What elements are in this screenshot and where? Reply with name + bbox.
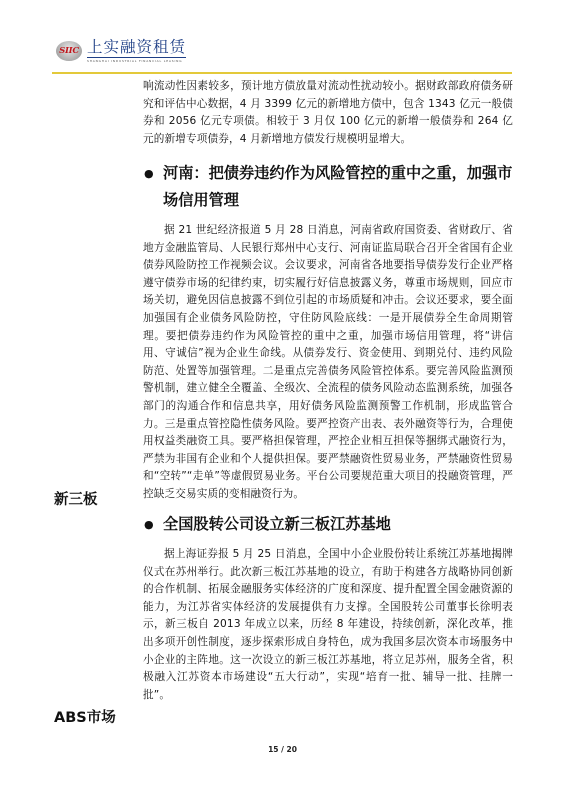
company-name-cn: 上实融资租赁 — [87, 39, 186, 58]
logo-wordmark: 上实融资租赁 SHANGHAI INDUSTRIAL FINANCIAL LEA… — [87, 39, 186, 63]
bullet-icon: ● — [143, 160, 163, 214]
section-title-abs: ABS市场 — [54, 709, 116, 727]
section-title-neeq: 新三板 — [54, 491, 98, 509]
neeq-heading: ● 全国股转公司设立新三板江苏基地 — [143, 511, 518, 538]
company-logo: SIIC 上实融资租赁 SHANGHAI INDUSTRIAL FINANCIA… — [56, 38, 186, 64]
siic-logo-icon: SIIC — [56, 41, 82, 61]
henan-paragraph: 据 21 世纪经济报道 5 月 28 日消息，河南省政府国资委、省财政厅、省地方… — [143, 222, 513, 504]
bullet-icon: ● — [143, 511, 163, 538]
neeq-heading-text: 全国股转公司设立新三板江苏基地 — [163, 511, 518, 538]
neeq-paragraph: 据上海证券报 5 月 25 日消息，全国中小企业股份转让系统江苏基地揭牌仪式在苏… — [143, 546, 513, 704]
intro-paragraph: 响流动性因素较多，预计地方债放量对流动性扰动较小。据财政部政府债务研究和评估中心… — [143, 78, 513, 148]
logo-mark-text: SIIC — [59, 47, 79, 56]
document-page: SIIC 上实融资租赁 SHANGHAI INDUSTRIAL FINANCIA… — [0, 0, 565, 800]
henan-heading: ● 河南：把债券违约作为风险管控的重中之重，加强市场信用管理 — [143, 160, 518, 214]
page-number: 15 / 20 — [0, 745, 565, 754]
company-name-en: SHANGHAI INDUSTRIAL FINANCIAL LEASING — [87, 59, 186, 63]
henan-heading-text: 河南：把债券违约作为风险管控的重中之重，加强市场信用管理 — [163, 160, 518, 214]
header-divider — [52, 72, 512, 74]
